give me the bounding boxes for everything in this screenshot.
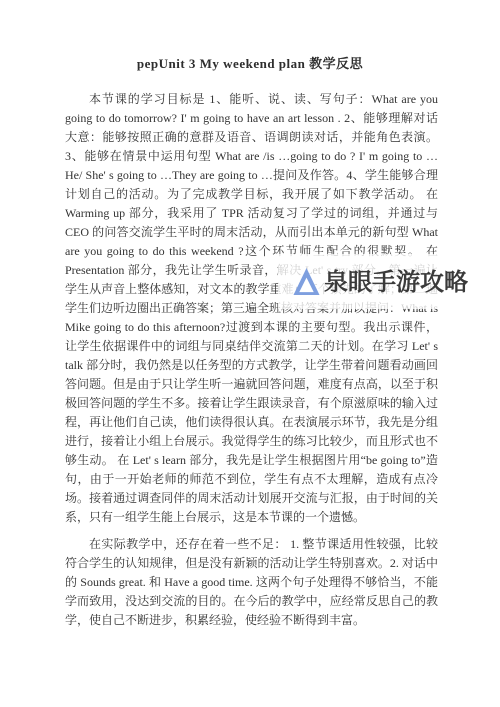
watermark-triangle-icon [293,267,320,296]
document-title: pepUnit 3 My weekend plan 教学反思 [0,53,500,72]
document-body: 本节课的学习目标是 1、能听、说、读、写句子：What are you goin… [65,90,438,630]
watermark-text: 泉眼手游攻略 [324,270,468,294]
paragraph-2: 在实际教学中，还存在着一些不足： 1. 整节课适用性较强，比较符合学生的认知规律… [65,535,438,630]
watermark: 泉眼手游攻略 [278,254,468,309]
document-page: pepUnit 3 My weekend plan 教学反思 本节课的学习目标是… [0,0,500,707]
